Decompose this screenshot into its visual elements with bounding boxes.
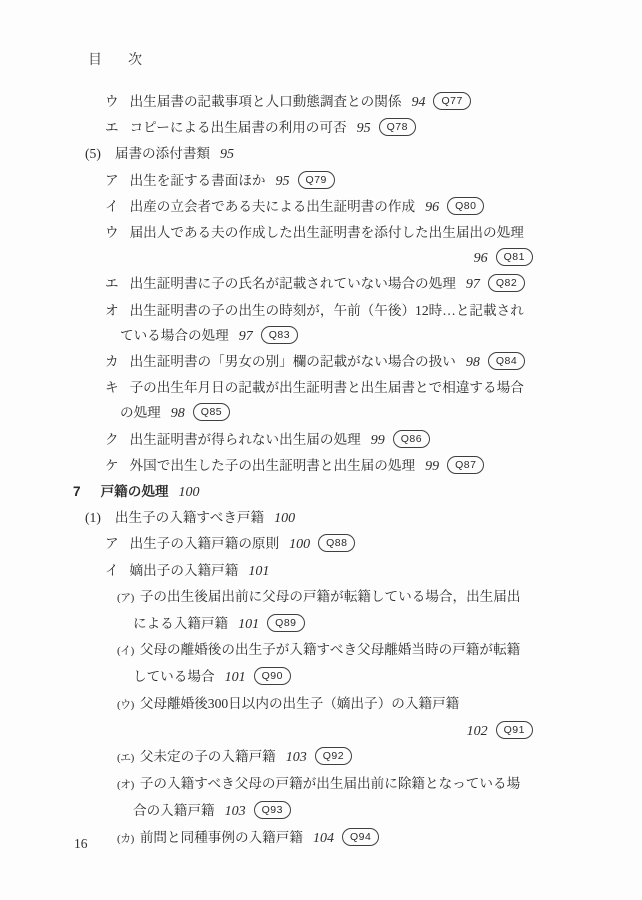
q-number-badge: Q80 [447, 197, 484, 215]
toc-item-text: 出生証明書の「男女の別」欄の記載がない場合の扱い [130, 354, 456, 369]
q-number-badge: Q77 [433, 92, 470, 110]
toc-item: ウ出生届書の記載事項と人口動態調査との関係94Q77 [73, 89, 533, 115]
q-number-badge: Q88 [318, 534, 355, 552]
toc-item-label: (ア) [117, 592, 134, 604]
toc-item: (ア)子の出生後届出前に父母の戸籍が転籍している場合，出生届出による入籍戸籍10… [73, 584, 533, 637]
toc-page: 目 次 ウ出生届書の記載事項と人口動態調査との関係94Q77エコピーによる出生届… [0, 0, 642, 900]
toc-item-label: カ [105, 354, 119, 369]
toc-item: エコピーによる出生届書の利用の可否95Q78 [73, 115, 533, 141]
toc-item-label: ク [105, 432, 119, 447]
toc-item: 7戸籍の処理100 [73, 479, 533, 505]
toc-page-number: 96 [425, 200, 439, 215]
toc-page-number: 101 [238, 617, 259, 632]
toc-item: (ウ)父母離婚後300日以内の出生子（嫡出子）の入籍戸籍102Q91 [73, 691, 533, 744]
toc-page-number: 101 [225, 670, 246, 685]
toc-item-text: 父母の離婚後の出生子が入籍すべき父母離婚当時の戸籍が転籍している場合 [133, 642, 520, 684]
toc-item-label: イ [105, 563, 119, 578]
toc-item-text: 父未定の子の入籍戸籍 [140, 749, 276, 764]
q-number-badge: Q78 [379, 118, 416, 136]
toc-item-text: 届出人である夫の作成した出生証明書を添付した出生届出の処理 [130, 225, 524, 240]
q-number-badge: Q79 [298, 171, 335, 189]
toc-item-label: ア [105, 173, 119, 188]
q-number-badge: Q90 [254, 667, 291, 685]
q-number-badge: Q86 [393, 430, 430, 448]
toc-item: (カ)前問と同種事例の入籍戸籍104Q94 [73, 825, 533, 852]
q-number-badge: Q82 [488, 274, 525, 292]
toc-page-number: 98 [466, 355, 480, 370]
toc-item-label: イ [105, 199, 119, 214]
toc-page-number: 103 [286, 750, 307, 765]
toc-item-text: 出生証明書の子の出生の時刻が，午前（午後）12時…と記載されている場合の処理 [120, 303, 524, 343]
toc-page-number: 94 [411, 95, 425, 110]
toc-item-label: (5) [85, 146, 101, 161]
toc-page-number: 97 [466, 277, 480, 292]
toc-item-label: (オ) [117, 779, 134, 791]
toc-item-label: ウ [105, 94, 119, 109]
toc-item: ア出生を証する書面ほか95Q79 [73, 168, 533, 194]
toc-item-label: ウ [105, 225, 119, 240]
toc-item-label: オ [105, 303, 119, 318]
toc-item: (オ)子の入籍すべき父母の戸籍が出生届出前に除籍となっている場合の入籍戸籍103… [73, 771, 533, 824]
toc-item-label: 7 [73, 484, 81, 499]
toc-item-label: (エ) [117, 752, 134, 764]
toc-item-text: 出生子の入籍すべき戸籍 [115, 510, 264, 525]
toc-item-label: キ [105, 380, 119, 395]
toc-item-text: 出産の立会者である夫による出生証明書の作成 [130, 199, 415, 214]
toc-page-number: 104 [313, 831, 334, 846]
toc-item-text: 戸籍の処理 [101, 484, 169, 499]
q-number-badge: Q89 [267, 614, 304, 632]
toc-item-text: 子の出生後届出前に父母の戸籍が転籍している場合，出生届出による入籍戸籍 [133, 589, 520, 631]
toc-item: カ出生証明書の「男女の別」欄の記載がない場合の扱い98Q84 [73, 349, 533, 375]
toc-item: キ子の出生年月日の記載が出生証明書と出生届書とで相違する場合の処理98Q85 [73, 375, 533, 426]
toc-page-number: 98 [171, 406, 185, 421]
toc-item-label: (ウ) [117, 699, 134, 711]
toc-item: エ出生証明書に子の氏名が記載されていない場合の処理97Q82 [73, 271, 533, 297]
q-number-badge: Q91 [496, 721, 533, 739]
toc-page-number: 101 [248, 564, 269, 579]
toc-page-number: 95 [276, 174, 290, 189]
folio-page-number: 16 [74, 836, 88, 852]
toc-item-text: 出生子の入籍戸籍の原則 [130, 536, 280, 551]
toc-item-text: 出生を証する書面ほか [130, 173, 266, 188]
toc-list: ウ出生届書の記載事項と人口動態調査との関係94Q77エコピーによる出生届書の利用… [73, 89, 533, 852]
toc-item-label: エ [105, 120, 119, 135]
toc-page-number: 100 [289, 537, 310, 552]
toc-item-label: ア [105, 536, 119, 551]
q-number-badge: Q84 [488, 352, 525, 370]
toc-item: イ嫡出子の入籍戸籍101 [73, 558, 533, 584]
q-number-badge: Q83 [261, 326, 298, 344]
toc-item-label: (イ) [117, 645, 134, 657]
q-number-badge: Q85 [193, 403, 230, 421]
toc-item-label: ケ [105, 458, 119, 473]
toc-item-text: 出生届書の記載事項と人口動態調査との関係 [130, 94, 402, 109]
toc-item-text: 出生証明書が得られない出生届の処理 [130, 432, 361, 447]
toc-item: イ出産の立会者である夫による出生証明書の作成96Q80 [73, 194, 533, 220]
toc-item-text: コピーによる出生届書の利用の可否 [130, 120, 347, 135]
toc-item-text: 嫡出子の入籍戸籍 [130, 563, 239, 578]
toc-item-text: 届書の添付書類 [115, 146, 210, 161]
toc-page-number: 97 [239, 329, 253, 344]
toc-item: ケ外国で出生した子の出生証明書と出生届の処理99Q87 [73, 453, 533, 479]
toc-page-line: 96Q81 [120, 245, 533, 271]
toc-item: (イ)父母の離婚後の出生子が入籍すべき父母離婚当時の戸籍が転籍している場合101… [73, 637, 533, 690]
toc-item: (1)出生子の入籍すべき戸籍100 [73, 505, 533, 531]
toc-item: ク出生証明書が得られない出生届の処理99Q86 [73, 427, 533, 453]
toc-item: ア出生子の入籍戸籍の原則100Q88 [73, 531, 533, 557]
toc-item-text: 外国で出生した子の出生証明書と出生届の処理 [130, 458, 415, 473]
q-number-badge: Q81 [496, 248, 533, 266]
toc-page-number: 99 [425, 459, 439, 474]
toc-page-number: 99 [371, 433, 385, 448]
q-number-badge: Q87 [447, 456, 484, 474]
toc-item-text: 出生証明書に子の氏名が記載されていない場合の処理 [130, 276, 456, 291]
toc-item: オ出生証明書の子の出生の時刻が，午前（午後）12時…と記載されている場合の処理9… [73, 298, 533, 349]
toc-page-number: 100 [179, 485, 200, 500]
toc-item: (5)届書の添付書類95 [73, 141, 533, 167]
toc-page-number: 103 [225, 804, 246, 819]
toc-item-text: 子の入籍すべき父母の戸籍が出生届出前に除籍となっている場合の入籍戸籍 [133, 776, 520, 818]
toc-item-label: (カ) [117, 833, 134, 845]
toc-item-label: エ [105, 276, 119, 291]
q-number-badge: Q93 [254, 801, 291, 819]
running-head: 目 次 [88, 49, 148, 69]
toc-item-text: 父母離婚後300日以内の出生子（嫡出子）の入籍戸籍 [140, 696, 459, 711]
toc-page-line: 102Q91 [133, 718, 533, 744]
toc-item: (エ)父未定の子の入籍戸籍103Q92 [73, 744, 533, 771]
toc-page-number: 95 [357, 121, 371, 136]
toc-item: ウ届出人である夫の作成した出生証明書を添付した出生届出の処理96Q81 [73, 220, 533, 271]
q-number-badge: Q94 [342, 828, 379, 846]
toc-page-number: 96 [474, 251, 488, 266]
toc-item-text: 前問と同種事例の入籍戸籍 [140, 830, 303, 845]
toc-item-label: (1) [85, 510, 101, 525]
q-number-badge: Q92 [315, 747, 352, 765]
toc-page-number: 100 [274, 511, 295, 526]
toc-page-number: 102 [467, 724, 488, 739]
toc-page-number: 95 [220, 147, 234, 162]
